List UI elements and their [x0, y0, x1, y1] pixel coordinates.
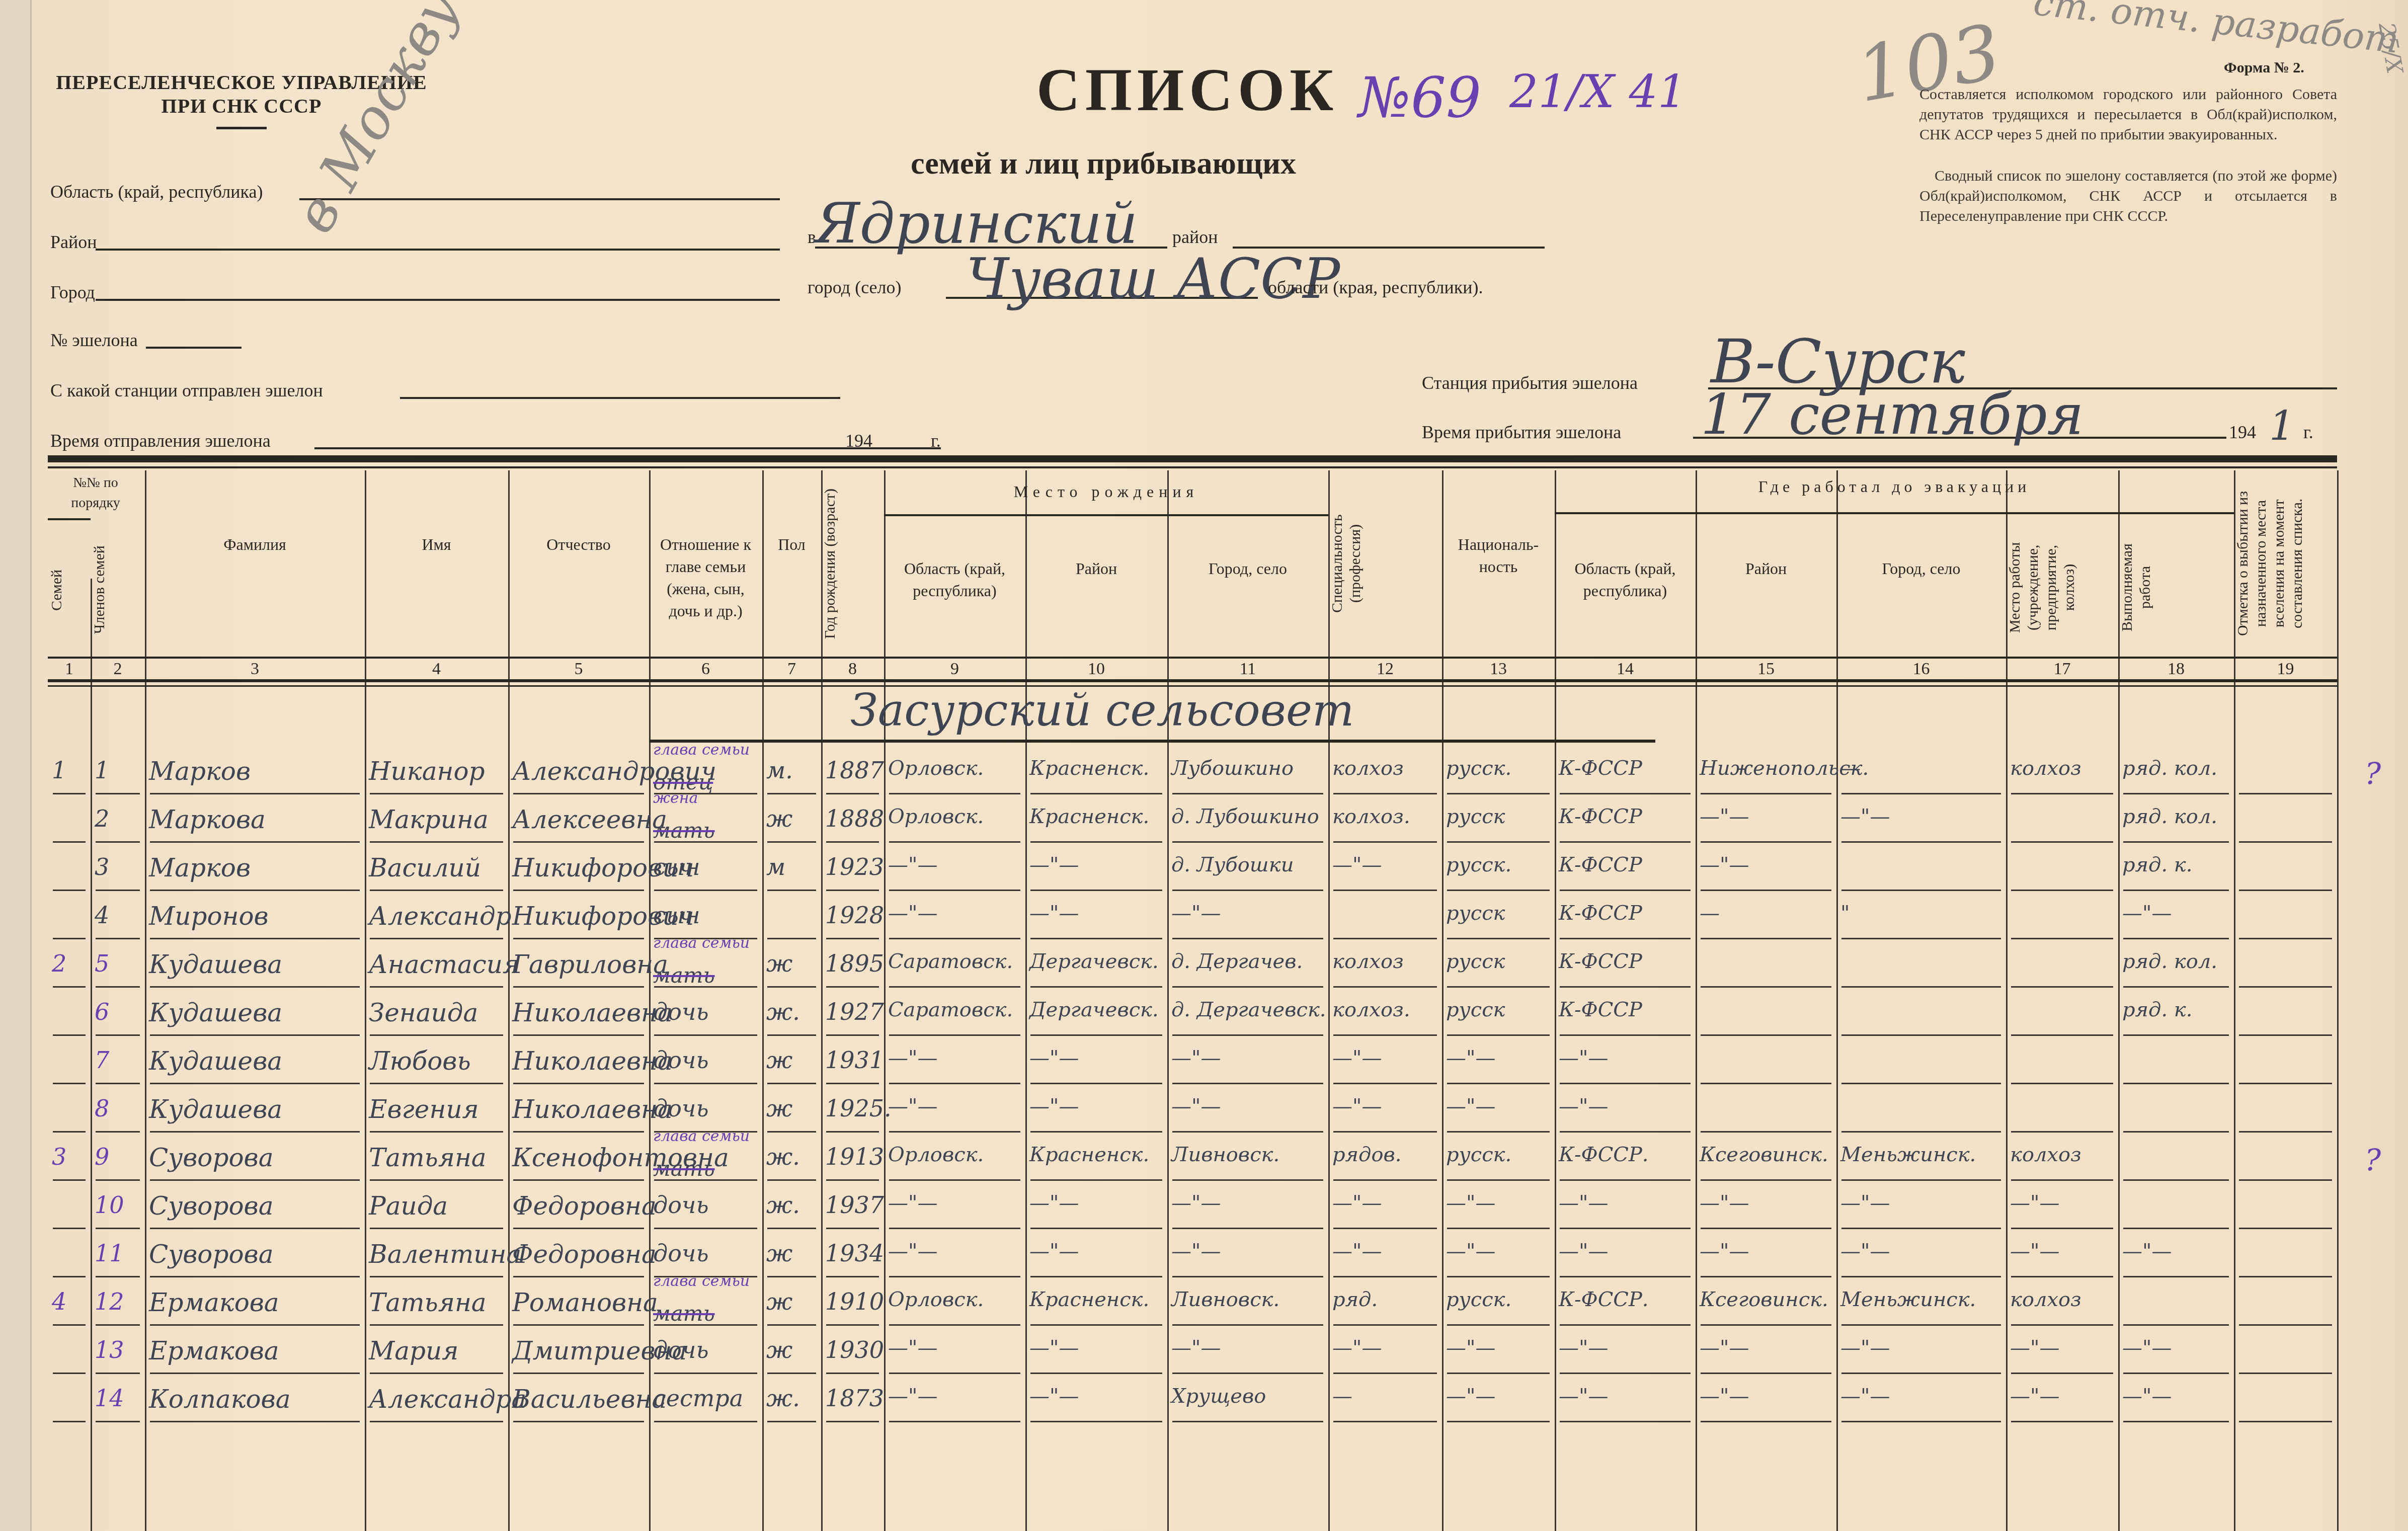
row-underline	[150, 1228, 360, 1229]
column-divider	[1836, 470, 1838, 1531]
arrival-year-digit: 1	[2269, 402, 2295, 449]
column-divider	[91, 579, 92, 1531]
row-underline	[1030, 938, 1162, 939]
cell-b_obl: Орловск.	[888, 1143, 984, 1166]
row-underline	[767, 986, 816, 988]
cell-year: 1928	[825, 902, 884, 929]
column-header-1: Семей	[48, 528, 91, 652]
column-header-13: Националь-ность	[1445, 533, 1552, 578]
cell-spec: —"—	[1332, 1240, 1382, 1263]
column-number: 8	[821, 660, 884, 679]
cell-rel: глава семьи	[653, 1129, 761, 1144]
cell-mem: 7	[95, 1046, 109, 1074]
row-underline	[826, 793, 879, 794]
row-underline	[1841, 841, 2001, 843]
row-underline	[1560, 1421, 1691, 1422]
cell-nat: русск.	[1446, 853, 1511, 876]
row-underline	[1030, 793, 1162, 794]
cell-spec: ряд.	[1332, 1288, 1378, 1311]
row-underline	[654, 1421, 757, 1422]
cell-nat: —"—	[1446, 1240, 1495, 1263]
cell-rel-struck: мать	[653, 1156, 715, 1181]
row-underline	[2123, 1179, 2229, 1181]
column-number: 15	[1696, 660, 1836, 679]
row-underline	[654, 1373, 757, 1374]
cell-nat: русск.	[1446, 1143, 1511, 1166]
row-underline	[370, 1228, 503, 1229]
cell-w_obl: —"—	[1559, 1191, 1608, 1215]
rayon-label: район	[1172, 226, 1218, 248]
cell-spec: —"—	[1332, 1191, 1382, 1215]
cell-b_rayon: —"—	[1029, 1046, 1079, 1070]
cell-year: 1923	[825, 853, 884, 880]
cell-sex: ж	[766, 1095, 792, 1122]
column-divider	[145, 470, 146, 1531]
column-header-9: Область (край, республика)	[887, 557, 1022, 602]
cell-b_city: Ливновск.	[1171, 1143, 1279, 1166]
cell-nat: русск	[1446, 950, 1505, 973]
birthplace-group-rule	[884, 514, 1328, 516]
row-underline	[513, 1276, 644, 1277]
row-underline	[826, 1373, 879, 1374]
cell-nat: —"—	[1446, 1046, 1495, 1070]
cell-rel: дочь	[653, 1336, 709, 1363]
row-underline	[1701, 1083, 1831, 1084]
row-underline	[513, 841, 644, 843]
cell-spec: —"—	[1332, 1095, 1382, 1118]
column-number: 11	[1167, 660, 1328, 679]
cell-b_rayon: —"—	[1029, 1336, 1079, 1359]
row-underline	[1841, 1373, 2001, 1374]
row-underline	[1447, 986, 1550, 988]
row-underline	[1447, 1228, 1550, 1229]
cell-b_rayon: —"—	[1029, 1385, 1079, 1408]
row-underline	[654, 1228, 757, 1229]
row-underline	[1841, 938, 2001, 939]
column-header-5: Отчество	[511, 533, 646, 555]
column-header-17: Место работы (учреждение, предприятие, к…	[2006, 523, 2118, 652]
row-underline	[826, 841, 879, 843]
row-underline	[53, 890, 86, 891]
row-underline	[826, 1324, 879, 1326]
cell-mark: ?	[2365, 757, 2381, 792]
cell-w_rayon: Ксеговинск.	[1700, 1143, 1828, 1166]
cell-patronymic: Федоровна	[512, 1191, 657, 1221]
cell-name: Валентина	[369, 1240, 521, 1269]
row-underline	[1560, 890, 1691, 891]
row-underline	[2011, 1373, 2113, 1374]
row-underline	[1841, 1131, 2001, 1133]
cell-nat: русск	[1446, 998, 1505, 1021]
cell-w_rayon: —"—	[1700, 853, 1749, 876]
cell-b_obl: —"—	[888, 1095, 937, 1118]
column-number: 1	[48, 660, 91, 679]
cell-surname: Ермакова	[149, 1336, 279, 1365]
row-underline	[889, 1228, 1020, 1229]
row-underline	[1560, 1276, 1691, 1277]
row-underline	[1030, 1179, 1162, 1181]
cell-b_rayon: Красненск.	[1029, 757, 1149, 780]
row-underline	[150, 1083, 360, 1084]
row-underline	[1447, 938, 1550, 939]
row-underline	[1701, 793, 1831, 794]
column-number: 10	[1025, 660, 1167, 679]
row-underline	[1333, 1179, 1437, 1181]
cell-nat: —"—	[1446, 1191, 1495, 1215]
cell-year: 1895	[825, 950, 884, 977]
cell-b_obl: —"—	[888, 1385, 937, 1408]
cell-w_city: —"—	[1840, 1336, 1890, 1359]
row-underline	[2011, 1421, 2113, 1422]
cell-rel: дочь	[653, 1240, 709, 1267]
cell-b_obl: Саратовск.	[888, 998, 1013, 1021]
table-top-rule	[48, 455, 2337, 462]
row-underline	[1030, 1421, 1162, 1422]
cell-w_job: —"—	[2122, 902, 2172, 925]
row-underline	[826, 1034, 879, 1036]
cell-b_rayon: Дергачевск.	[1029, 950, 1159, 973]
cell-name: Любовь	[369, 1046, 471, 1076]
row-underline	[2239, 938, 2332, 939]
row-underline	[1841, 1228, 2001, 1229]
row-underline	[2123, 841, 2229, 843]
row-underline	[150, 1373, 360, 1374]
row-underline	[370, 890, 503, 891]
row-underline	[2011, 1179, 2113, 1181]
row-underline	[1841, 890, 2001, 891]
cell-b_obl: —"—	[888, 1240, 937, 1263]
cell-b_rayon: —"—	[1029, 853, 1079, 876]
org-underline	[216, 127, 267, 129]
row-underline	[2011, 986, 2113, 988]
cell-rel: сестра	[653, 1385, 743, 1412]
cell-rel-struck: мать	[653, 963, 715, 988]
cell-rel: жена	[653, 791, 761, 806]
row-underline	[370, 1131, 503, 1133]
row-underline	[767, 1034, 816, 1036]
row-underline	[1172, 1276, 1323, 1277]
column-number: 19	[2234, 660, 2337, 679]
cell-surname: Кудашева	[149, 1095, 282, 1124]
row-underline	[513, 1131, 644, 1133]
row-underline	[53, 1373, 86, 1374]
row-underline	[2239, 841, 2332, 843]
cell-nat: русск.	[1446, 757, 1511, 780]
row-underline	[2123, 1228, 2229, 1229]
cell-nat: русск.	[1446, 1288, 1511, 1311]
cell-sex: ж	[766, 1240, 792, 1267]
row-underline	[1172, 890, 1323, 891]
cell-w_job: ряд. кол.	[2122, 757, 2217, 780]
cell-name: Татьяна	[369, 1143, 487, 1172]
cell-b_city: д. Дергачевск.	[1171, 998, 1326, 1021]
cell-rel: дочь	[653, 1046, 709, 1074]
column-header-8: Год рождения (возраст)	[821, 475, 884, 652]
row-underline	[1841, 793, 2001, 794]
row-underline	[150, 890, 360, 891]
cell-w_place: колхоз	[2010, 1143, 2081, 1166]
row-underline	[1701, 938, 1831, 939]
cell-spec: рядов.	[1332, 1143, 1402, 1166]
row-underline	[53, 1083, 86, 1084]
row-underline	[2239, 1083, 2332, 1084]
cell-year: 1887	[825, 757, 884, 784]
cell-rel: глава семьи	[653, 936, 761, 951]
row-underline	[150, 938, 360, 939]
row-underline	[767, 1083, 816, 1084]
cell-spec: —"—	[1332, 1336, 1382, 1359]
row-underline	[1447, 1324, 1550, 1326]
row-underline	[513, 793, 644, 794]
row-underline	[1701, 890, 1831, 891]
row-underline	[2011, 1324, 2113, 1326]
row-underline	[96, 890, 140, 891]
row-underline	[2011, 1083, 2113, 1084]
row-underline	[1172, 1373, 1323, 1374]
row-underline	[1333, 841, 1437, 843]
row-underline	[1841, 1083, 2001, 1084]
cell-w_city: Меньжинск.	[1840, 1288, 1976, 1311]
row-underline	[96, 1373, 140, 1374]
row-underline	[370, 1276, 503, 1277]
row-underline	[2239, 1034, 2332, 1036]
row-underline	[1333, 1034, 1437, 1036]
cell-nat: —"—	[1446, 1095, 1495, 1118]
row-underline	[96, 1179, 140, 1181]
cell-name: Александр	[369, 902, 512, 931]
cell-year: 1930	[825, 1336, 884, 1363]
row-underline	[513, 1034, 644, 1036]
row-underline	[2123, 890, 2229, 891]
cell-mem: 14	[95, 1385, 124, 1412]
row-underline	[654, 1083, 757, 1084]
cell-w_place: колхоз	[2010, 757, 2081, 780]
row-underline	[150, 1034, 360, 1036]
row-underline	[1841, 1179, 2001, 1181]
row-underline	[889, 986, 1020, 988]
table-top-rule-thin	[48, 466, 2337, 468]
cell-b_rayon: Красненск.	[1029, 1288, 1149, 1311]
cell-b_city: Лубошкино	[1171, 757, 1294, 780]
row-underline	[889, 890, 1020, 891]
row-underline	[150, 841, 360, 843]
row-underline	[1172, 1421, 1323, 1422]
column-header-12: Специальность (профессия)	[1328, 475, 1442, 652]
arrival-station-label: Станция прибытия эшелона	[1422, 372, 1638, 393]
cell-mem: 13	[95, 1336, 124, 1363]
row-underline	[1701, 1373, 1831, 1374]
row-underline	[150, 793, 360, 794]
cell-w_rayon: Ксеговинск.	[1700, 1288, 1828, 1311]
cell-sex: м.	[766, 757, 793, 784]
row-underline	[889, 1131, 1020, 1133]
row-underline	[1030, 841, 1162, 843]
section-rule	[649, 740, 1655, 743]
row-underline	[1701, 1228, 1831, 1229]
row-underline	[1447, 890, 1550, 891]
row-underline	[767, 841, 816, 843]
row-underline	[1333, 793, 1437, 794]
row-underline	[2239, 1179, 2332, 1181]
cell-year: 1927	[825, 998, 884, 1025]
cell-w_obl: К-ФССР	[1559, 950, 1642, 973]
cell-mark: ?	[2365, 1143, 2381, 1178]
cell-sex: ж.	[766, 1385, 800, 1412]
field-blank-line	[400, 397, 840, 399]
row-underline	[889, 938, 1020, 939]
cell-b_obl: —"—	[888, 1046, 937, 1070]
year-suffix: г.	[931, 430, 941, 451]
cell-sex: ж	[766, 805, 792, 832]
cell-year: 1913	[825, 1143, 884, 1170]
row-underline	[1841, 986, 2001, 988]
cell-mem: 8	[95, 1095, 109, 1122]
row-underline	[53, 793, 86, 794]
cell-w_obl: —"—	[1559, 1240, 1608, 1263]
cell-mem: 1	[95, 757, 109, 784]
row-underline	[2123, 1034, 2229, 1036]
row-underline	[1701, 841, 1831, 843]
row-underline	[96, 1324, 140, 1326]
cell-w_obl: —"—	[1559, 1336, 1608, 1359]
cell-sex: м	[766, 853, 785, 880]
row-underline	[2011, 1276, 2113, 1277]
cell-spec: —"—	[1332, 1046, 1382, 1070]
cell-sex: ж	[766, 1336, 792, 1363]
cell-b_rayon: Красненск.	[1029, 805, 1149, 828]
cell-w_obl: К-ФССР	[1559, 805, 1642, 828]
cell-rel: дочь	[653, 998, 709, 1025]
row-underline	[1560, 841, 1691, 843]
row-underline	[1701, 1179, 1831, 1181]
row-underline	[1560, 1373, 1691, 1374]
row-underline	[370, 986, 503, 988]
cell-w_obl: К-ФССР	[1559, 998, 1642, 1021]
cell-year: 1888	[825, 805, 884, 832]
cell-name: Евгения	[369, 1095, 479, 1124]
column-header-19: Отметка о выбытии из назначенного места …	[2234, 475, 2337, 652]
row-underline	[53, 938, 86, 939]
cell-name: Зенаида	[369, 998, 478, 1027]
row-underline	[2011, 1131, 2113, 1133]
form-label: Форма № 2.	[2224, 59, 2304, 76]
row-underline	[1333, 1324, 1437, 1326]
cell-year: 1934	[825, 1240, 884, 1267]
cell-patronymic: Гавриловна	[512, 950, 668, 979]
row-underline	[1447, 1276, 1550, 1277]
cell-spec: колхоз.	[1332, 805, 1410, 828]
row-underline	[2123, 1276, 2229, 1277]
row-underline	[1333, 1083, 1437, 1084]
row-underline	[1030, 1373, 1162, 1374]
row-underline	[96, 938, 140, 939]
row-underline	[513, 1373, 644, 1374]
cell-surname: Миронов	[149, 902, 269, 931]
cell-fam: 1	[52, 757, 66, 784]
cell-spec: —	[1332, 1385, 1352, 1408]
cell-w_obl: К-ФССР	[1559, 853, 1642, 876]
row-underline	[1172, 1131, 1323, 1133]
row-underline	[96, 986, 140, 988]
row-underline	[513, 1179, 644, 1181]
cell-mem: 5	[95, 950, 109, 977]
cell-name: Василий	[369, 853, 481, 882]
field-label: Время отправления эшелона	[50, 430, 271, 451]
row-underline	[1447, 1373, 1550, 1374]
cell-b_city: Хрущево	[1171, 1385, 1266, 1408]
row-underline	[370, 793, 503, 794]
column-header-6: Отношение к главе семьи (жена, сын, дочь…	[652, 533, 759, 622]
row-underline	[1841, 1324, 2001, 1326]
cell-w_obl: К-ФССР.	[1559, 1288, 1649, 1311]
row-underline	[53, 1034, 86, 1036]
row-underline	[1333, 1228, 1437, 1229]
row-underline	[1560, 986, 1691, 988]
row-underline	[96, 1421, 140, 1422]
cell-b_rayon: —"—	[1029, 1240, 1079, 1263]
row-underline	[2239, 1421, 2332, 1422]
row-underline	[767, 1228, 816, 1229]
row-underline	[1030, 890, 1162, 891]
cell-b_rayon: —"—	[1029, 1191, 1079, 1215]
row-underline	[826, 1131, 879, 1133]
row-underline	[1172, 1083, 1323, 1084]
cell-w_rayon: —"—	[1700, 1336, 1749, 1359]
cell-surname: Маркова	[149, 805, 266, 834]
row-underline	[2123, 1131, 2229, 1133]
cell-b_obl: Орловск.	[888, 757, 984, 780]
cell-mem: 2	[95, 805, 109, 832]
column-number: 7	[762, 660, 821, 679]
cell-w_rayon: —"—	[1700, 1385, 1749, 1408]
cell-year: 1910	[825, 1288, 884, 1315]
row-underline	[826, 1179, 879, 1181]
cell-b_city: д. Лубошкино	[1171, 805, 1319, 828]
row-underline	[370, 841, 503, 843]
row-underline	[96, 1034, 140, 1036]
cell-b_obl: Саратовск.	[888, 950, 1013, 973]
row-underline	[767, 938, 816, 939]
row-underline	[1030, 1324, 1162, 1326]
row-underline	[1333, 890, 1437, 891]
row-underline	[1560, 1324, 1691, 1326]
cell-surname: Марков	[149, 853, 251, 882]
cell-rel: сын	[653, 902, 700, 929]
cell-w_obl: —"—	[1559, 1095, 1608, 1118]
cell-b_city: д. Дергачев.	[1171, 950, 1303, 973]
cell-b_city: —"—	[1171, 1191, 1221, 1215]
row-underline	[53, 1276, 86, 1277]
cell-rel-struck: мать	[653, 818, 715, 843]
cell-surname: Кудашева	[149, 950, 282, 979]
cell-w_place: —"—	[2010, 1385, 2059, 1408]
row-underline	[767, 1324, 816, 1326]
row-underline	[1560, 938, 1691, 939]
row-underline	[2239, 890, 2332, 891]
row-underline	[889, 1179, 1020, 1181]
row-underline	[1333, 938, 1437, 939]
row-underline	[1172, 1179, 1323, 1181]
cell-surname: Суворова	[149, 1143, 274, 1172]
cell-w_job: ряд. кол.	[2122, 950, 2217, 973]
row-underline	[1701, 1034, 1831, 1036]
row-underline	[1172, 986, 1323, 988]
cell-rel: глава семьи	[653, 743, 761, 758]
row-underline	[150, 1179, 360, 1181]
row-underline	[889, 1034, 1020, 1036]
cell-rel-struck: мать	[653, 1301, 715, 1326]
row-underline	[2123, 1373, 2229, 1374]
